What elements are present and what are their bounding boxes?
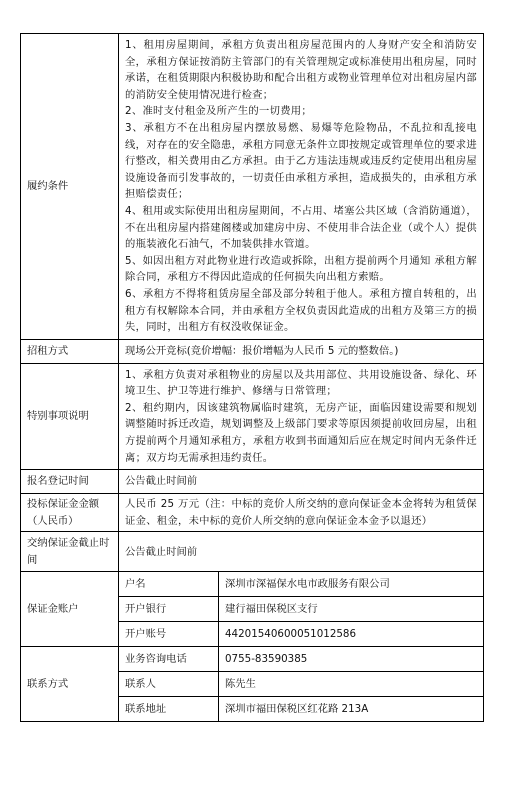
field-address-value: 深圳市福田保税区红花路 213A [219,697,484,722]
performance-item-2: 2、准时支付租金及所产生的一切费用； [125,103,477,120]
row-deposit-deadline: 交纳保证金截止时间 公告截止时间前 [21,532,484,572]
field-phone-label: 业务咨询电话 [119,647,219,672]
tender-info-table: 履约条件 1、租用房屋期间，承租方负责出租房屋范围内的人身财产安全和消防安全，承… [20,33,484,722]
row-account-name: 保证金账户 户名 深圳市深福保水电市政服务有限公司 [21,572,484,597]
label-performance-conditions: 履约条件 [21,34,119,340]
performance-item-3: 3、承租方不在出租房屋内摆放易燃、易爆等危险物品，不乱拉和乱接电线，对存在的安全… [125,120,477,203]
performance-conditions-content: 1、租用房屋期间，承租方负责出租房屋范围内的人身财产安全和消防安全，承租方保证按… [119,34,484,340]
label-contact: 联系方式 [21,647,119,722]
performance-item-4: 4、租用或实际使用出租房屋期间，不占用、堵塞公共区域（含消防通道），不在出租房屋… [125,203,477,253]
deposit-deadline-value: 公告截止时间前 [119,532,484,572]
label-deposit-account: 保证金账户 [21,572,119,647]
bidding-method-value: 现场公开竞标(竞价增幅：报价增幅为人民币 5 元的整数倍。) [119,339,484,363]
performance-item-5: 5、如因出租方对此物业进行改造或拆除，出租方提前两个月通知 承租方解除合同，承租… [125,253,477,286]
special-notes-content: 1、承租方负责对承租物业的房屋以及共用部位、共用设施设备、绿化、环境卫生、护卫等… [119,363,484,470]
special-note-1: 1、承租方负责对承租物业的房屋以及共用部位、共用设施设备、绿化、环境卫生、护卫等… [125,367,477,400]
row-deposit-amount: 投标保证金金额（人民币） 人民币 25 万元（注：中标的竞价人所交纳的意向保证金… [21,494,484,532]
field-account-name-label: 户名 [119,572,219,597]
registration-time-value: 公告截止时间前 [119,470,484,494]
field-address-label: 联系地址 [119,697,219,722]
special-note-2: 2、租约期内，因该建筑物属临时建筑，无房产证，面临因建设需要和规划调整随时拆迁改… [125,400,477,466]
row-special-notes: 特别事项说明 1、承租方负责对承租物业的房屋以及共用部位、共用设施设备、绿化、环… [21,363,484,470]
row-contact-phone: 联系方式 业务咨询电话 0755-83590385 [21,647,484,672]
label-registration-time: 报名登记时间 [21,470,119,494]
row-registration-time: 报名登记时间 公告截止时间前 [21,470,484,494]
field-person-value: 陈先生 [219,672,484,697]
row-performance-conditions: 履约条件 1、租用房屋期间，承租方负责出租房屋范围内的人身财产安全和消防安全，承… [21,34,484,340]
field-phone-value: 0755-83590385 [219,647,484,672]
row-bidding-method: 招租方式 现场公开竞标(竞价增幅：报价增幅为人民币 5 元的整数倍。) [21,339,484,363]
field-account-number-label: 开户账号 [119,622,219,647]
field-account-name-value: 深圳市深福保水电市政服务有限公司 [219,572,484,597]
label-deposit-amount: 投标保证金金额（人民币） [21,494,119,532]
label-special-notes: 特别事项说明 [21,363,119,470]
field-person-label: 联系人 [119,672,219,697]
performance-item-1: 1、租用房屋期间，承租方负责出租房屋范围内的人身财产安全和消防安全，承租方保证按… [125,37,477,103]
field-bank-value: 建行福田保税区支行 [219,597,484,622]
label-deposit-deadline: 交纳保证金截止时间 [21,532,119,572]
performance-item-6: 6、承租方不得将租赁房屋全部及部分转租于他人。承租方擅自转租的，出租方有权解除本… [125,286,477,336]
deposit-amount-text: 人民币 25 万元（注：中标的竞价人所交纳的意向保证金本金将转为租赁保证金、租金… [125,496,477,529]
deposit-amount-value: 人民币 25 万元（注：中标的竞价人所交纳的意向保证金本金将转为租赁保证金、租金… [119,494,484,532]
label-bidding-method: 招租方式 [21,339,119,363]
field-account-number-value: 44201540600051012586 [219,622,484,647]
field-bank-label: 开户银行 [119,597,219,622]
